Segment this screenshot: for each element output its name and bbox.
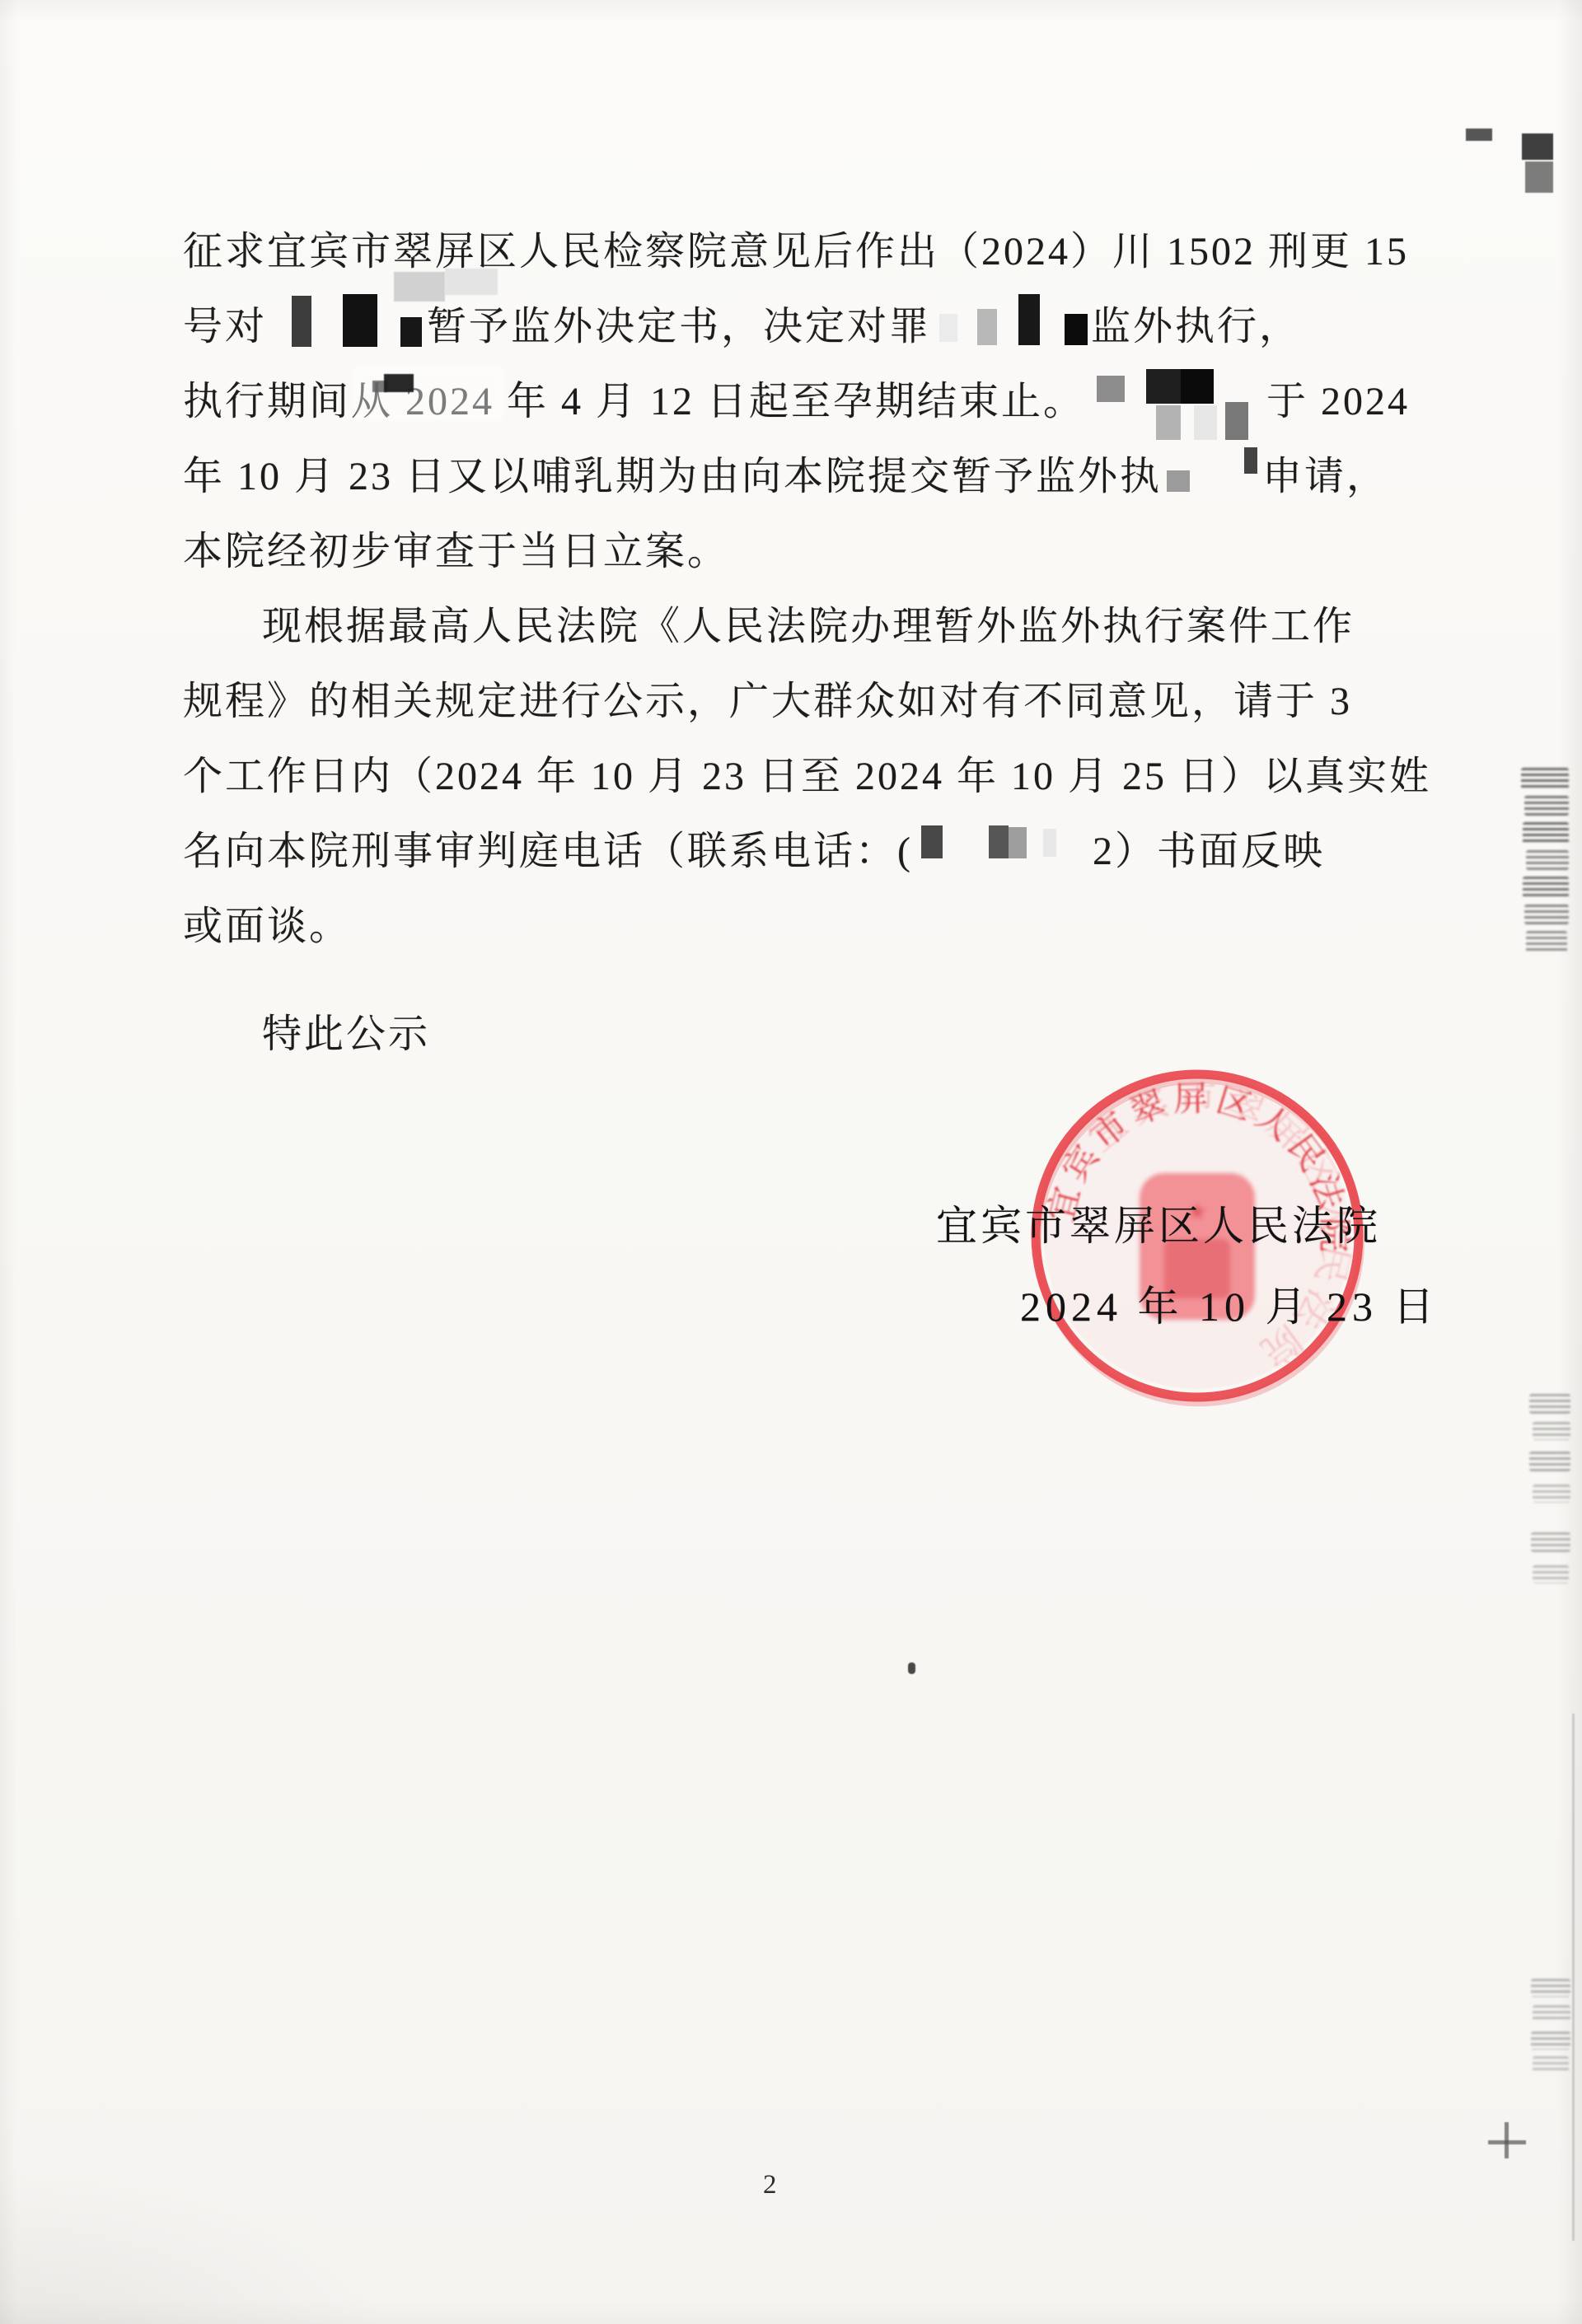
redaction-block xyxy=(1181,369,1214,404)
redaction-block xyxy=(977,309,997,345)
document-line: 或面谈。 xyxy=(183,894,351,951)
document-line: 特此公示 xyxy=(262,1002,430,1059)
signature-date: 2024 年 10 月 23 日 xyxy=(1020,1274,1439,1333)
redaction-block xyxy=(343,294,377,347)
line-text: 规程》的相关规定进行公示，广大群众如对有不同意见，请于 3 xyxy=(183,680,1352,723)
document-line: 规程》的相关规定进行公示，广大群众如对有不同意见，请于 3 xyxy=(183,669,1352,726)
redaction-block xyxy=(1146,369,1181,404)
line-text: 征求宜宾市翠屏区人民检察院意见后作出（2024）川 1502 刑更 15 xyxy=(183,230,1409,274)
redaction-block xyxy=(292,296,311,347)
line-text: 2）书面反映 xyxy=(1093,830,1325,873)
page-number: 2 xyxy=(763,2170,777,2200)
line-text: 监外执行， xyxy=(1091,305,1301,348)
redaction-block xyxy=(1244,447,1257,474)
document-line: 个工作日内（2024 年 10 月 23 日至 2024 年 10 月 25 日… xyxy=(183,744,1431,801)
document-line: 执行期间从 2024 年 4 月 12 日起至孕期结束止。于 2024 xyxy=(183,369,1410,426)
redaction-block xyxy=(1009,827,1027,858)
document-line: 年 10 月 23 日又以哺乳期为由向本院提交暂予监外执申请， xyxy=(183,444,1388,501)
document-line: 名向本院刑事审判庭电话（联系电话：(2）书面反映 xyxy=(183,819,1325,876)
redaction-block xyxy=(1018,294,1040,345)
document-line: 本院经初步审查于当日立案。 xyxy=(183,519,729,576)
line-text: 暂予监外决定书，决定对罪 xyxy=(427,305,931,348)
redaction-block xyxy=(1156,405,1181,440)
redaction-block xyxy=(1167,470,1190,492)
redaction-block xyxy=(989,825,1009,858)
redaction-block xyxy=(1065,314,1088,345)
document-line: 现根据最高人民法院《人民法院办理暂外监外执行案件工作 xyxy=(262,594,1355,651)
redaction-block xyxy=(1194,405,1217,440)
redaction-block xyxy=(939,314,957,342)
line-text: 特此公示 xyxy=(262,1012,430,1056)
line-text: 本院经初步审查于当日立案。 xyxy=(183,530,729,573)
redaction-block xyxy=(1043,829,1056,857)
line-text: 年 10 月 23 日又以哺乳期为由向本院提交暂予监外执 xyxy=(183,455,1162,498)
redaction-block xyxy=(1056,819,1093,820)
line-text: 申请， xyxy=(1262,455,1388,498)
line-text: 号对 xyxy=(183,305,267,348)
document-line: 征求宜宾市翠屏区人民检察院意见后作出（2024）川 1502 刑更 15 xyxy=(183,219,1409,276)
redaction-block xyxy=(921,825,943,858)
redaction-block xyxy=(1097,376,1125,402)
line-text: 现根据最高人民法院《人民法院办理暂外监外执行案件工作 xyxy=(262,605,1355,648)
line-text: 或面谈。 xyxy=(183,905,351,948)
line-text: 于 2024 xyxy=(1266,380,1410,423)
line-text: 名向本院刑事审判庭电话（联系电话：( xyxy=(183,830,913,873)
document-line: 号对暂予监外决定书，决定对罪监外执行， xyxy=(183,294,1301,351)
signature-court-name: 宜宾市翠屏区人民法院 xyxy=(936,1193,1381,1252)
line-text: 执行期间从 2024 年 4 月 12 日起至孕期结束止。 xyxy=(183,380,1085,423)
scanned-court-notice-page: 征求宜宾市翠屏区人民检察院意见后作出（2024）川 1502 刑更 15号对暂予… xyxy=(0,0,1582,2324)
redaction-block xyxy=(1225,402,1248,440)
redaction-block xyxy=(400,317,422,347)
line-text: 个工作日内（2024 年 10 月 23 日至 2024 年 10 月 25 日… xyxy=(183,755,1431,798)
